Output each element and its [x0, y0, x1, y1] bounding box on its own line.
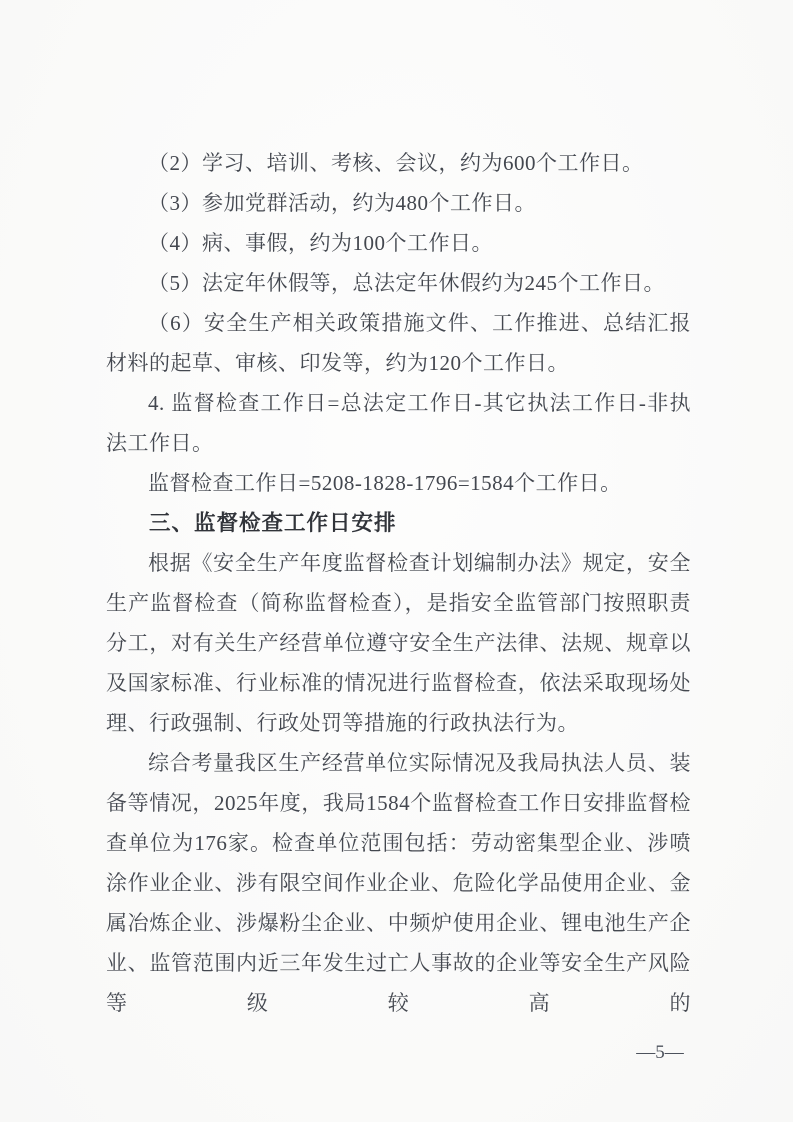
paragraph: 监督检查工作日=5208-1828-1796=1584个工作日。: [106, 463, 691, 503]
document-page: （2）学习、培训、考核、会议，约为600个工作日。（3）参加党群活动，约为480…: [0, 0, 793, 1122]
paragraph: （3）参加党群活动，约为480个工作日。: [106, 183, 691, 223]
paragraph: 根据《安全生产年度监督检查计划编制办法》规定，安全生产监督检查（简称监督检查），…: [106, 543, 691, 743]
page-number: —5—: [610, 1038, 710, 1068]
section-heading: 三、监督检查工作日安排: [106, 503, 691, 543]
paragraph: 4. 监督检查工作日=总法定工作日-其它执法工作日-非执法工作日。: [106, 383, 691, 463]
document-body: （2）学习、培训、考核、会议，约为600个工作日。（3）参加党群活动，约为480…: [106, 143, 691, 1023]
paragraph: （5）法定年休假等，总法定年休假约为245个工作日。: [106, 263, 691, 303]
paragraph: （4）病、事假，约为100个工作日。: [106, 223, 691, 263]
paragraph: 综合考量我区生产经营单位实际情况及我局执法人员、装备等情况，2025年度，我局1…: [106, 743, 691, 1023]
paragraph: （6）安全生产相关政策措施文件、工作推进、总结汇报材料的起草、审核、印发等，约为…: [106, 303, 691, 383]
paragraph: （2）学习、培训、考核、会议，约为600个工作日。: [106, 143, 691, 183]
